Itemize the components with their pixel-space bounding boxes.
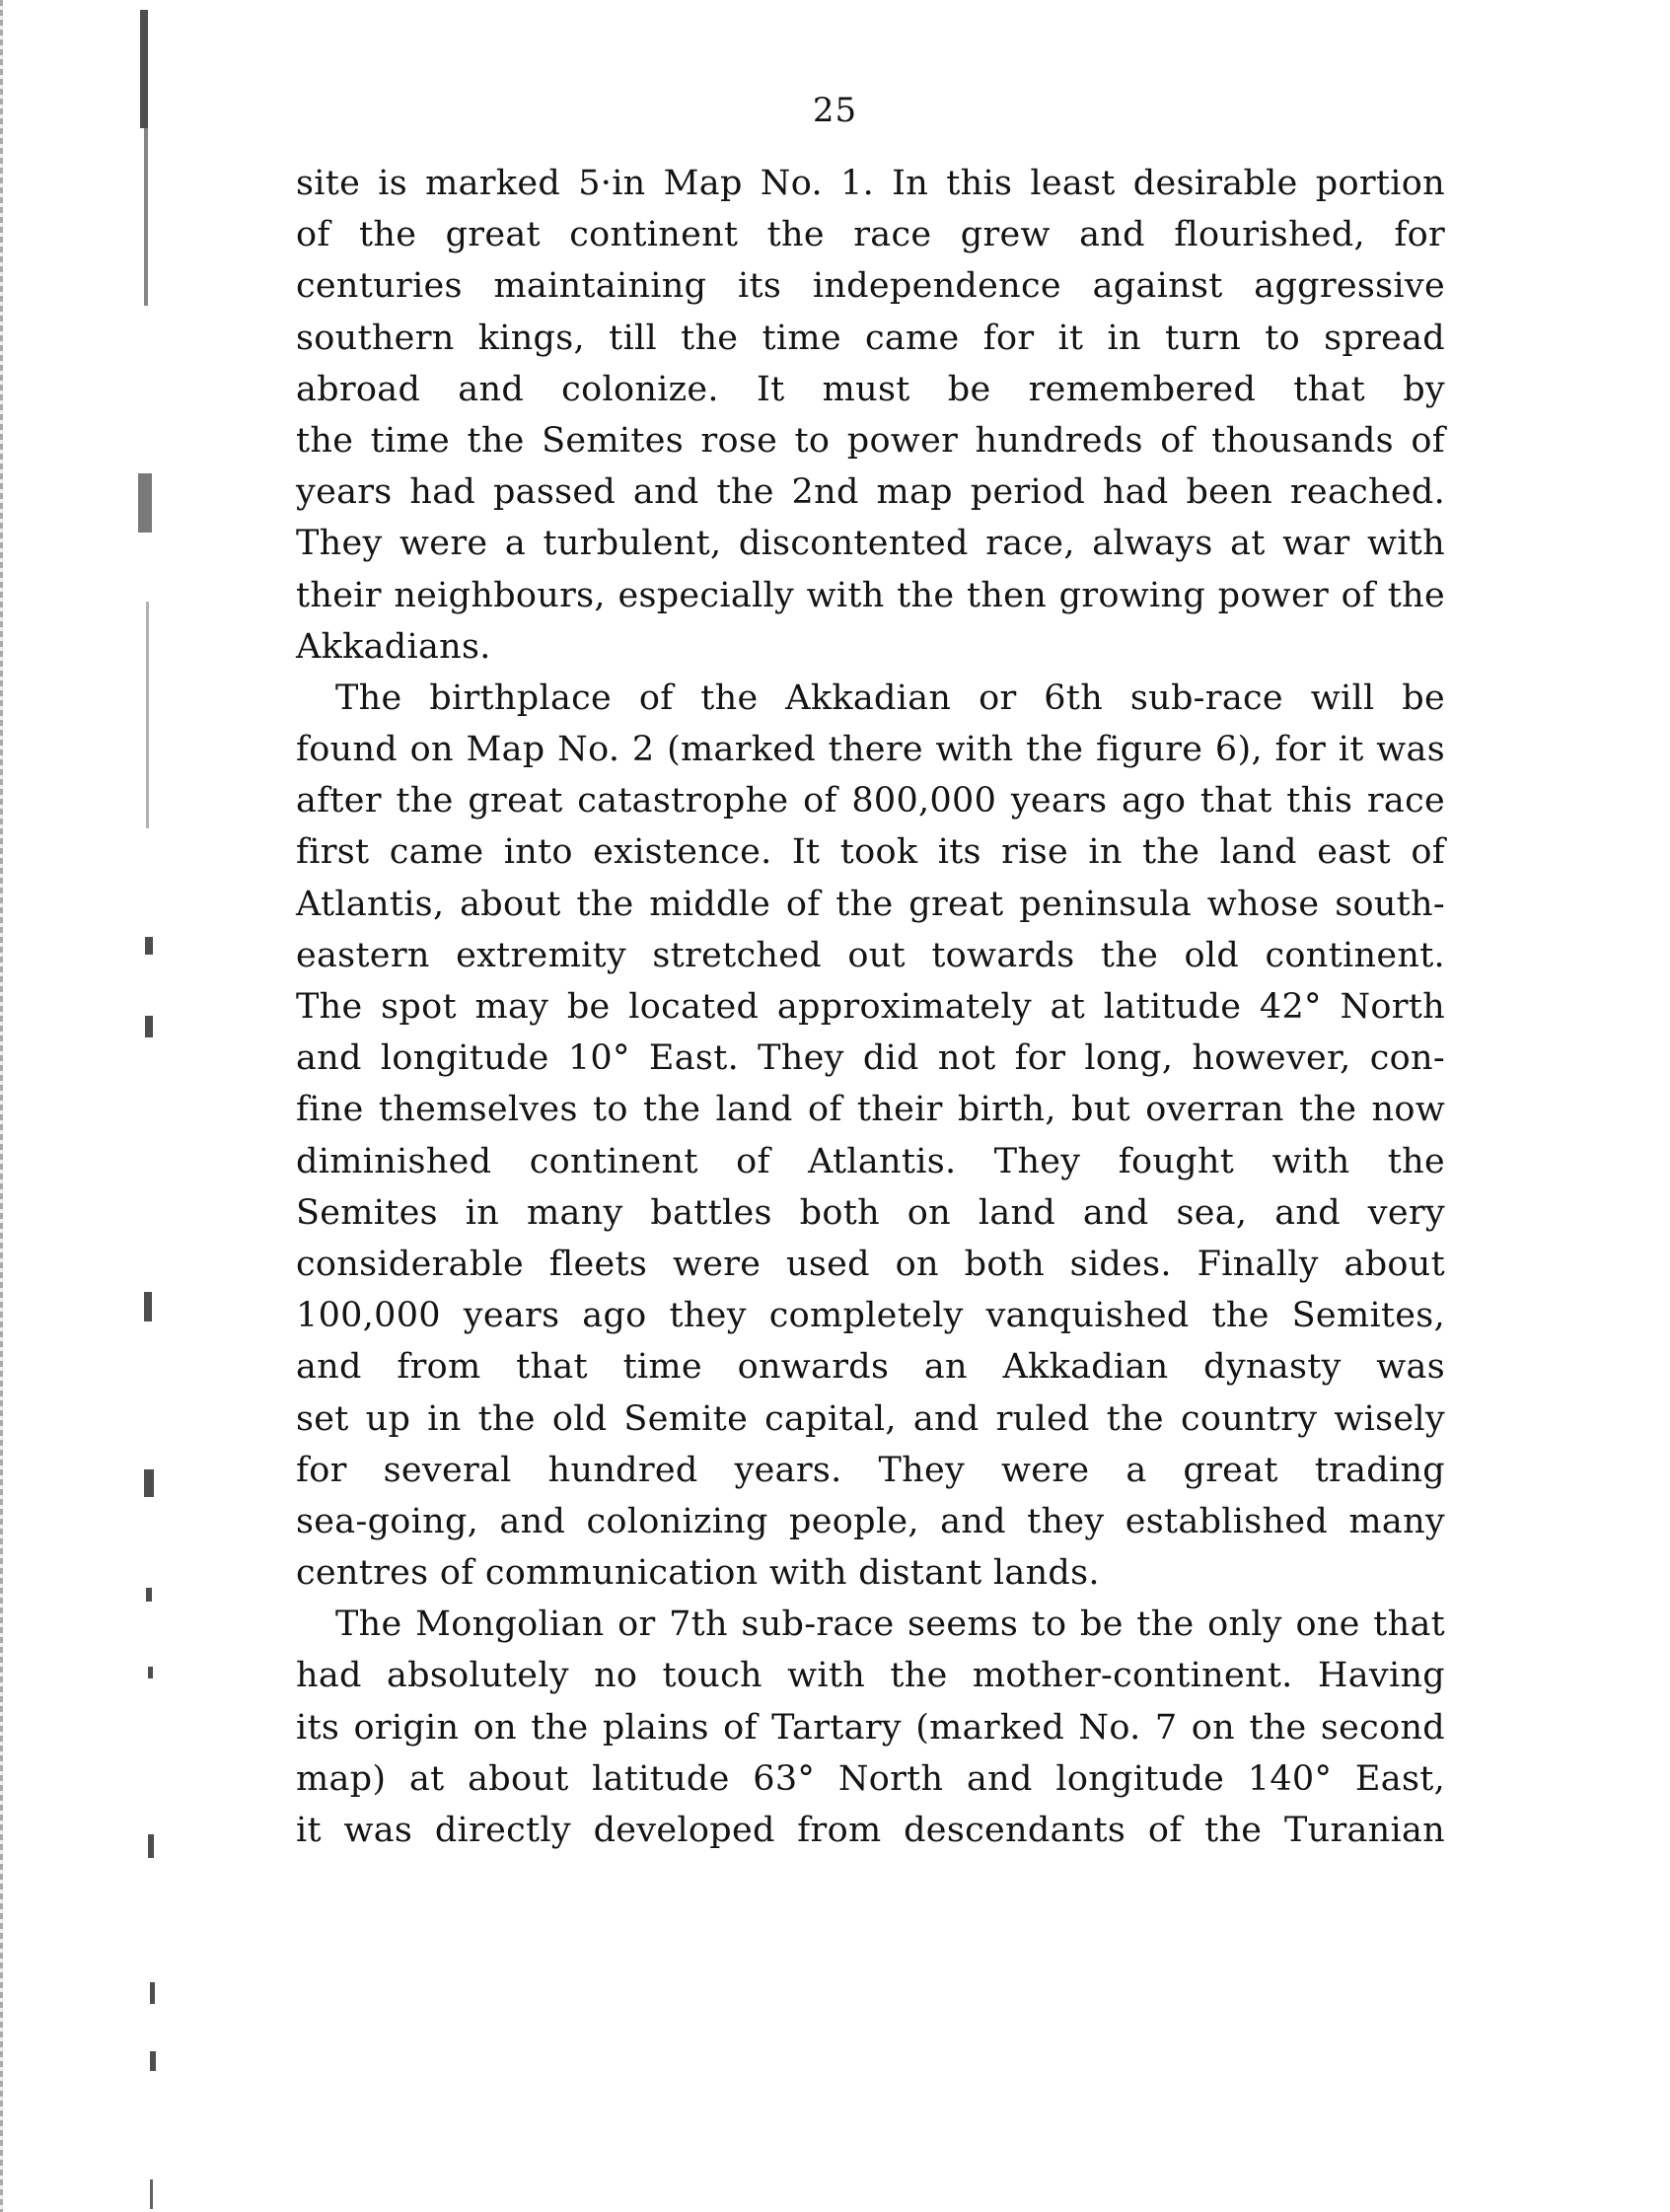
page-number: 25 [0, 91, 1670, 130]
text-line: of the great continent the race grew and… [296, 209, 1445, 260]
text-line: and from that time onwards an Akkadian d… [296, 1341, 1445, 1392]
paragraph: The Mongolian or 7th sub-race seems to b… [296, 1599, 1445, 1856]
text-line: its origin on the plains of Tartary (mar… [296, 1702, 1445, 1753]
scan-edge [0, 0, 3, 2212]
text-line: found on Map No. 2 (marked there with th… [296, 724, 1445, 775]
text-line: centuries maintaining its independence a… [296, 260, 1445, 312]
text-line: The birthplace of the Akkadian or 6th su… [296, 673, 1445, 724]
text-line: their neighbours, especially with the th… [296, 570, 1445, 621]
text-line: the time the Semites rose to power hundr… [296, 415, 1445, 466]
text-line: after the great catastrophe of 800,000 y… [296, 775, 1445, 826]
text-line: centres of communication with distant la… [296, 1547, 1445, 1599]
text-line: first came into existence. It took its r… [296, 826, 1445, 878]
text-line: and longitude 10° East. They did not for… [296, 1033, 1445, 1084]
body-text: site is marked 5·in Map No. 1. In this l… [296, 158, 1445, 1856]
text-line: They were a turbulent, discontented race… [296, 518, 1445, 569]
paragraph: site is marked 5·in Map No. 1. In this l… [296, 158, 1445, 673]
text-line: it was directly developed from descendan… [296, 1805, 1445, 1856]
text-line: diminished continent of Atlantis. They f… [296, 1136, 1445, 1187]
paragraph: The birthplace of the Akkadian or 6th su… [296, 673, 1445, 1599]
text-line: Atlantis, about the middle of the great … [296, 879, 1445, 930]
text-line: fine themselves to the land of their bir… [296, 1084, 1445, 1135]
text-line: abroad and colonize. It must be remember… [296, 364, 1445, 415]
text-line: had absolutely no touch with the mother-… [296, 1650, 1445, 1701]
text-line: southern kings, till the time came for i… [296, 313, 1445, 364]
text-line: years had passed and the 2nd map period … [296, 466, 1445, 518]
text-line: sea-going, and colonizing people, and th… [296, 1496, 1445, 1547]
scan-margin-artifacts [99, 0, 178, 2212]
text-line: 100,000 years ago they completely vanqui… [296, 1290, 1445, 1341]
text-line: considerable fleets were used on both si… [296, 1239, 1445, 1290]
text-line: The Mongolian or 7th sub-race seems to b… [296, 1599, 1445, 1650]
text-line: for several hundred years. They were a g… [296, 1445, 1445, 1496]
text-line: site is marked 5·in Map No. 1. In this l… [296, 158, 1445, 209]
text-line: map) at about latitude 63° North and lon… [296, 1753, 1445, 1805]
text-line: eastern extremity stretched out towards … [296, 930, 1445, 981]
text-line: set up in the old Semite capital, and ru… [296, 1393, 1445, 1445]
text-line: Semites in many battles both on land and… [296, 1187, 1445, 1239]
text-line: The spot may be located approximately at… [296, 981, 1445, 1033]
text-line: Akkadians. [296, 621, 1445, 673]
